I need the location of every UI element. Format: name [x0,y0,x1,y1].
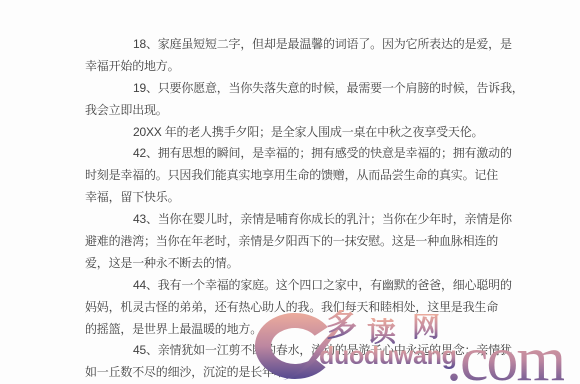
text-line: 45、亲情犹如一江剪不断的春水，流动的是游子心中永远的思念；亲情犹 [85,340,565,362]
text-line: 妈妈，机灵古怪的弟弟，还有热心助人的我。我们每天和睦相处，这里是我生命 [85,297,565,319]
text-line: 我会立即出现。 [85,100,565,122]
text-line: 幸福开始的地方。 [85,56,565,78]
text-line: 如一丘数不尽的细沙，沉淀的是长年堆积的 [85,362,565,384]
text-line: 爱，这是一种永不断去的情。 [85,253,565,275]
text-line: 43、当你在婴儿时，亲情是哺育你成长的乳汁；当你在少年时，亲情是你 [85,209,565,231]
text-line: 44、我有一个幸福的家庭。这个四口之家中，有幽默的爸爸，细心聪明的 [85,275,565,297]
text-line: 的摇篮，是世界上最温暖的地方。 [85,319,565,341]
text-line: 时刻是幸福的。只因我们能真实地享用生命的馈赠，从而品尝生命的真实。记住 [85,165,565,187]
text-line: 幸福，留下快乐。 [85,187,565,209]
text-line: 避难的港湾；当你在年老时，亲情是夕阳西下的一抹安慰。这是一种血脉相连的 [85,231,565,253]
text-line: 18、家庭虽短短二字，但却是最温馨的词语了。因为它所表达的是爱，是 [85,34,565,56]
document-text-block: 18、家庭虽短短二字，但却是最温馨的词语了。因为它所表达的是爱，是 幸福开始的地… [85,34,565,384]
document-page: { "page": { "background": "#fdfdfd", "te… [0,0,580,384]
text-line: 19、只要你愿意，当你失落失意的时候，最需要一个肩膀的时候，告诉我， [85,78,565,100]
text-line: 20XX 年的老人携手夕阳；是全家人围成一桌在中秋之夜享受天伦。 [85,122,565,144]
text-line: 42、拥有思想的瞬间，是幸福的；拥有感受的快意是幸福的；拥有激动的 [85,143,565,165]
